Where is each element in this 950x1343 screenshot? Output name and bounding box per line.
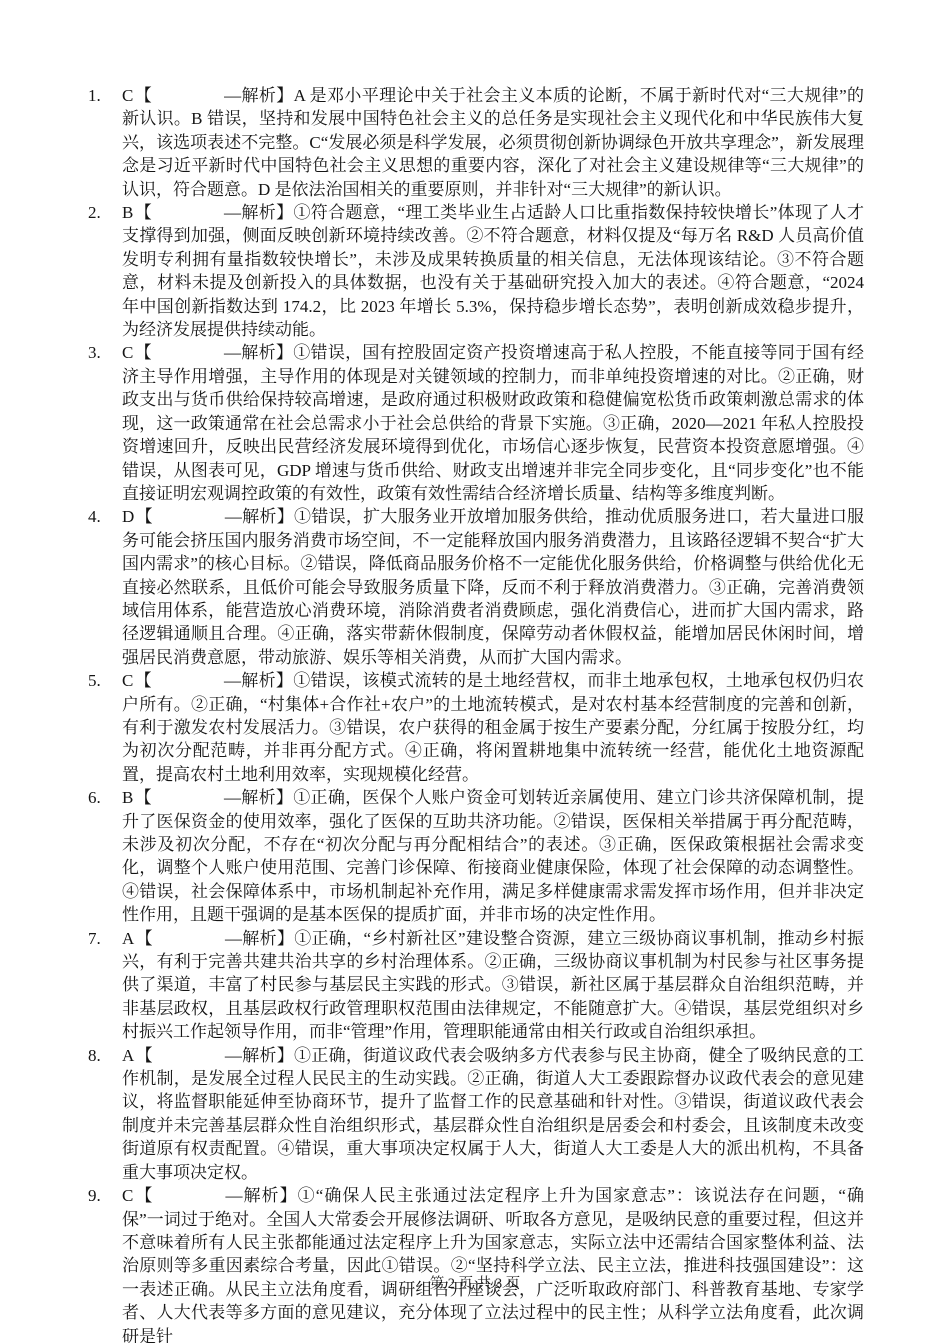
answer-letter: B [122, 788, 134, 807]
answer-gap [152, 802, 224, 803]
answer-item-7: 7.A【—解析】①正确，“乡村新社区”建设整合资源，建立三级协商议事机制，推动乡… [122, 927, 864, 1044]
answer-gap [153, 521, 225, 522]
analysis-label: —解析】 [225, 1046, 294, 1065]
item-number: 6. [88, 786, 118, 809]
answer-item-6: 6.B【—解析】①正确，医保个人账户资金可划转近亲属使用、建立门诊共济保障机制，… [122, 786, 864, 926]
answer-letter: C [122, 86, 134, 105]
answer-gap [152, 217, 224, 218]
page-footer: 第 2 页 共 3 页 [0, 1272, 950, 1293]
answer-item-1: 1.C【—解析】A 是邓小平理论中关于社会主义本质的论断，不属于新时代对“三大规… [122, 84, 864, 201]
answer-letter: B [122, 203, 134, 222]
answer-item-2: 2.B【—解析】①符合题意，“理工类毕业生占适龄人口比重指数保持较快增长”体现了… [122, 201, 864, 341]
open-bracket: 【 [135, 507, 153, 526]
item-number: 4. [88, 505, 118, 528]
item-number: 5. [88, 669, 118, 692]
answer-letter: A [122, 1046, 135, 1065]
answer-gap [152, 100, 224, 101]
open-bracket: 【 [135, 929, 153, 948]
answer-item-8: 8.A【—解析】①正确，街道议政代表会吸纳多方代表参与民主协商，健全了吸纳民意的… [122, 1044, 864, 1184]
answer-letter: C [122, 343, 134, 362]
item-number: 7. [88, 927, 118, 950]
item-number: 2. [88, 201, 118, 224]
open-bracket: 【 [134, 343, 152, 362]
open-bracket: 【 [135, 1046, 153, 1065]
analysis-label: —解析】 [225, 507, 294, 526]
analysis-text: ①符合题意，“理工类毕业生占适龄人口比重指数保持较快增长”体现了人才支撑得到加强… [122, 203, 864, 339]
open-bracket: 【 [134, 671, 152, 690]
answer-gap [153, 1060, 225, 1061]
analysis-label: —解析】 [225, 929, 294, 948]
answer-letter: C [122, 1186, 134, 1205]
analysis-text: ①正确，医保个人账户资金可划转近亲属使用、建立门诊共济保障机制，提升了医保资金的… [122, 788, 864, 924]
answer-item-4: 4.D【—解析】①错误，扩大服务业开放增加服务供给，推动优质服务进口，若大量进口… [122, 505, 864, 669]
analysis-label: —解析】 [224, 203, 293, 222]
document-page: 1.C【—解析】A 是邓小平理论中关于社会主义本质的论断，不属于新时代对“三大规… [0, 0, 950, 1343]
answer-key-list: 1.C【—解析】A 是邓小平理论中关于社会主义本质的论断，不属于新时代对“三大规… [122, 84, 864, 1343]
analysis-text: ①“确保人民主张通过法定程序上升为国家意志”：该说法存在问题，“确保”一词过于绝… [122, 1186, 864, 1343]
answer-gap [152, 357, 224, 358]
analysis-text: ①错误，扩大服务业开放增加服务供给，推动优质服务进口，若大量进口服务可能会挤压国… [122, 507, 864, 666]
analysis-label: —解析】 [224, 343, 293, 362]
answer-item-3: 3.C【—解析】①错误，国有控股固定资产投资增速高于私人控股，不能直接等同于国有… [122, 341, 864, 505]
analysis-text: ①错误，国有控股固定资产投资增速高于私人控股，不能直接等同于国有经济主导作用增强… [122, 343, 864, 502]
item-number: 3. [88, 341, 118, 364]
analysis-label: —解析】 [225, 1186, 297, 1205]
open-bracket: 【 [134, 788, 152, 807]
answer-letter: A [122, 929, 135, 948]
item-number: 1. [88, 84, 118, 107]
answer-letter: D [122, 507, 135, 526]
open-bracket: 【 [134, 86, 152, 105]
answer-letter: C [122, 671, 134, 690]
answer-item-9: 9.C【—解析】①“确保人民主张通过法定程序上升为国家意志”：该说法存在问题，“… [122, 1184, 864, 1343]
open-bracket: 【 [134, 1186, 153, 1205]
analysis-label: —解析】 [224, 788, 293, 807]
answer-item-5: 5.C【—解析】①错误，该模式流转的是土地经营权，而非土地承包权，土地承包权仍归… [122, 669, 864, 786]
open-bracket: 【 [134, 203, 152, 222]
item-number: 9. [88, 1184, 118, 1207]
analysis-text: ①正确，街道议政代表会吸纳多方代表参与民主协商，健全了吸纳民意的工作机制，是发展… [122, 1046, 864, 1182]
item-number: 8. [88, 1044, 118, 1067]
answer-gap [152, 685, 224, 686]
analysis-label: —解析】 [224, 86, 294, 105]
answer-gap [153, 1200, 225, 1201]
answer-gap [153, 943, 225, 944]
analysis-label: —解析】 [224, 671, 293, 690]
